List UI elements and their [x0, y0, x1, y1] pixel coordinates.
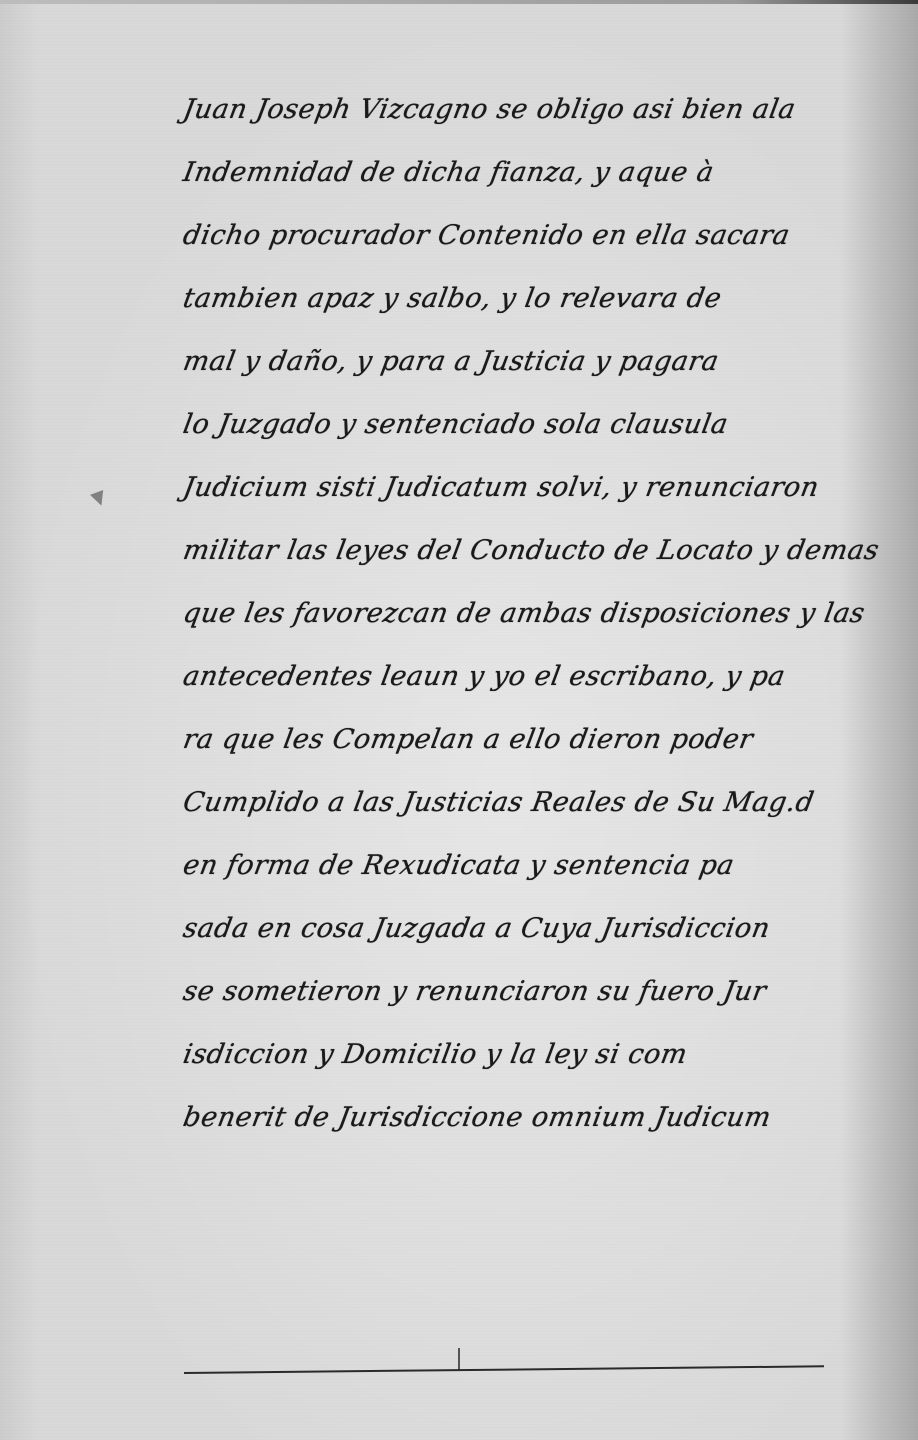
text-line: dicho procurador Contenido en ella sacar…	[178, 204, 869, 267]
text-line: Juan Joseph Vizcagno se obligo asi bien …	[178, 78, 869, 141]
text-line: sada en cosa Juzgada a Cuya Jurisdiccion	[178, 897, 869, 960]
text-line: militar las leyes del Conducto de Locato…	[178, 519, 869, 582]
text-line: en forma de Rexudicata y sentencia pa	[178, 834, 869, 897]
text-line: se sometieron y renunciaron su fuero Jur	[178, 960, 869, 1023]
text-line: mal y daño, y para a Justicia y pagara	[178, 330, 869, 393]
text-line: ra que les Compelan a ello dieron poder	[178, 708, 869, 771]
text-line: isdiccion y Domicilio y la ley si com	[178, 1023, 869, 1086]
margin-triangle-mark-icon	[90, 490, 108, 508]
rule-tick-mark	[458, 1348, 460, 1370]
text-line: lo Juzgado y sentenciado sola clausula	[178, 393, 869, 456]
manuscript-page: Juan Joseph Vizcagno se obligo asi bien …	[0, 0, 918, 1440]
text-line: antecedentes leaun y yo el escribano, y …	[178, 645, 869, 708]
page-top-edge	[0, 0, 918, 4]
text-line: Cumplido a las Justicias Reales de Su Ma…	[178, 771, 869, 834]
text-line: Indemnidad de dicha fianza, y aque à	[178, 141, 869, 204]
text-line: tambien apaz y salbo, y lo relevara de	[178, 267, 869, 330]
closing-rule-line	[184, 1365, 824, 1374]
handwritten-text-block: Juan Joseph Vizcagno se obligo asi bien …	[178, 78, 858, 1149]
text-line: Judicium sisti Judicatum solvi, y renunc…	[178, 456, 869, 519]
text-line: benerit de Jurisdiccione omnium Judicum	[178, 1086, 869, 1149]
text-line: que les favorezcan de ambas disposicione…	[178, 582, 869, 645]
